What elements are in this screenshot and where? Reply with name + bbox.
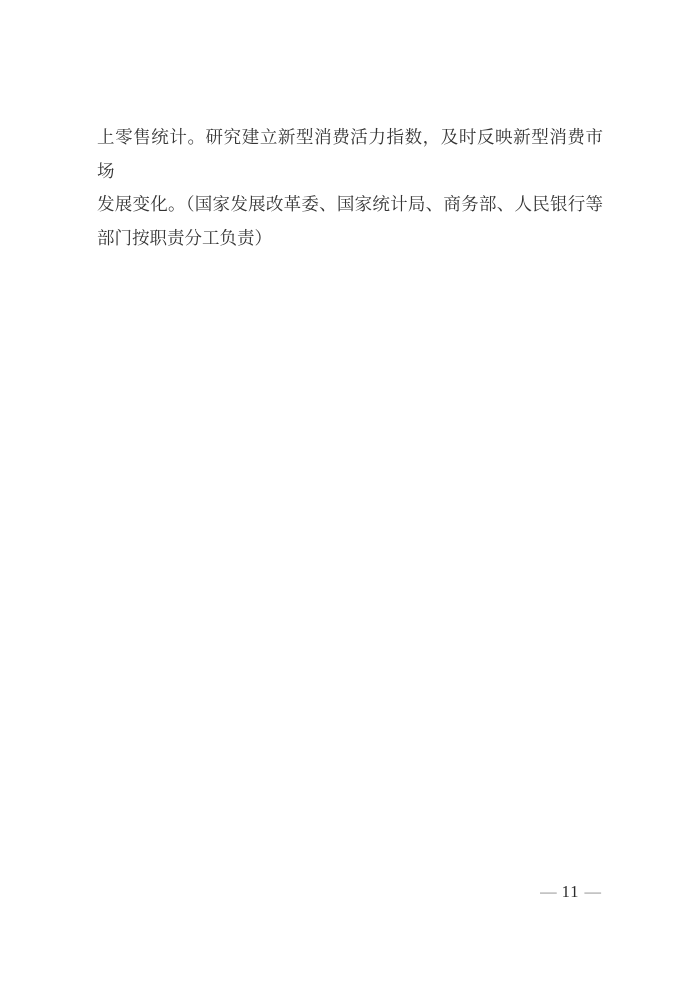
- page-number-dash-right: —: [585, 882, 602, 901]
- document-page: 上零售统计。研究建立新型消费活力指数，及时反映新型消费市场 发展变化。（国家发展…: [0, 0, 700, 990]
- paragraph-line-2: 发展变化。（国家发展改革委、国家统计局、商务部、人民银行等: [97, 188, 603, 222]
- page-number-footer: —11—: [535, 882, 606, 901]
- paragraph-line-1: 上零售统计。研究建立新型消费活力指数，及时反映新型消费市场: [97, 121, 603, 188]
- paragraph-line-3: 部门按职责分工负责）: [97, 222, 603, 256]
- page-number: 11: [562, 882, 580, 901]
- page-number-dash-left: —: [540, 882, 557, 901]
- body-paragraph: 上零售统计。研究建立新型消费活力指数，及时反映新型消费市场 发展变化。（国家发展…: [97, 121, 603, 255]
